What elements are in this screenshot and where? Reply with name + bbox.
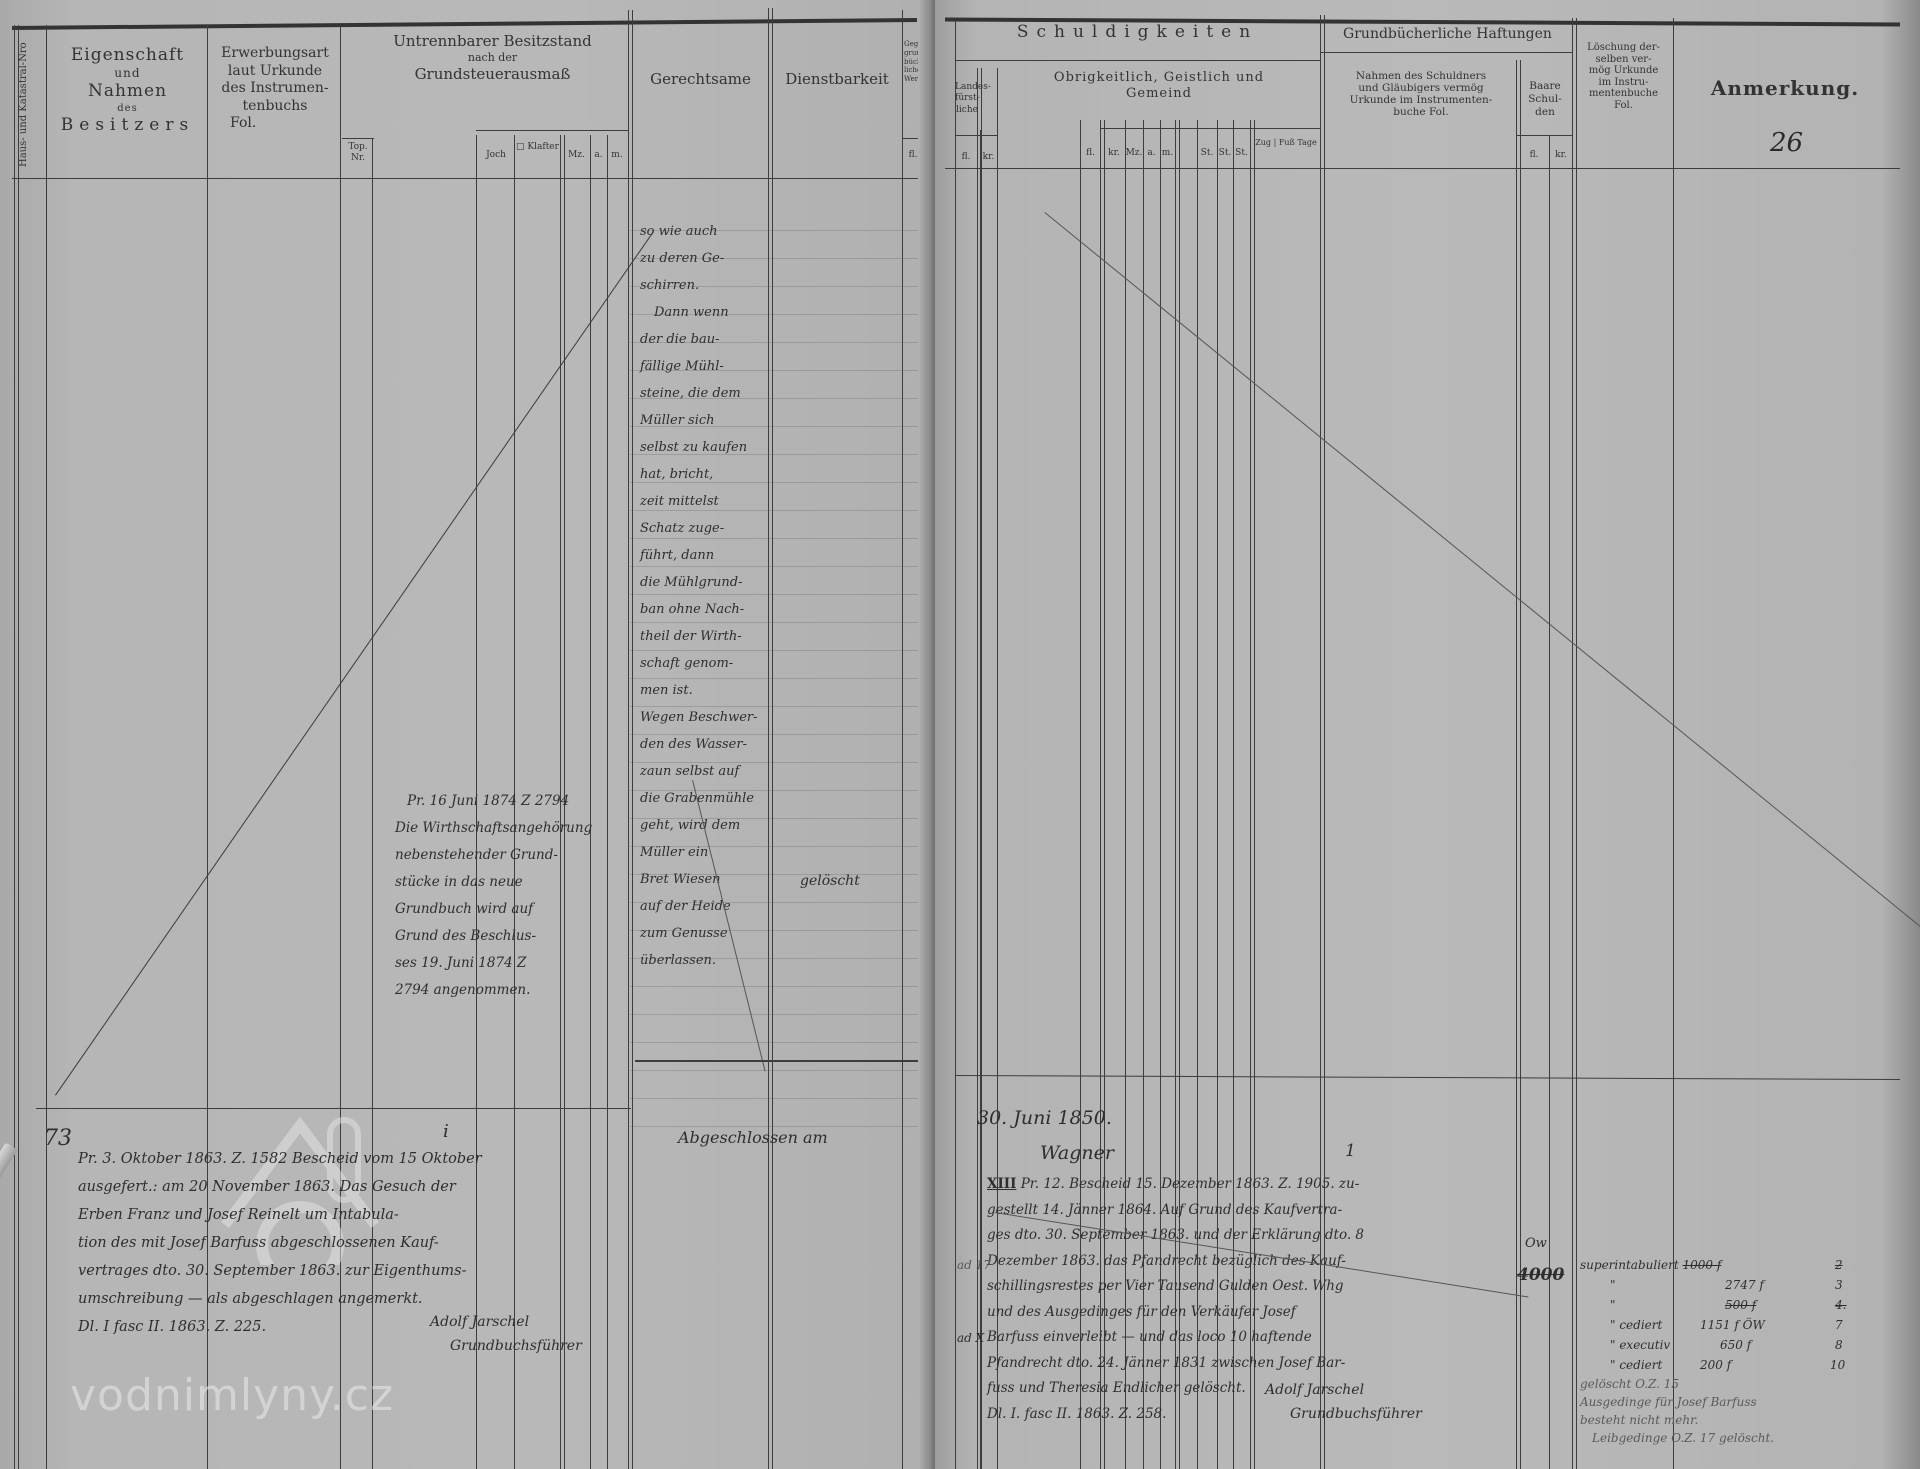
rights-line: zeit mittelst [640,488,770,515]
signature-title: Grundbuchsführer [430,1334,582,1358]
left-page: Haus- und Katastral-Nro Eigenschaft und … [0,0,930,1469]
header-names: Nahmen des Schuldners und Gläubigers ver… [1327,70,1515,118]
rights-line: der die bau- [640,326,770,353]
right-page: Schuldigkeiten Landes- fürst- liche fl. … [935,0,1920,1469]
rights-line: auf der Heide [640,893,770,920]
header-acq-line: tenbuchs [210,98,340,116]
col-line [902,10,903,1469]
remark-label: " cediert [1580,1358,1662,1372]
property-note-line: Grundbuch wird auf [395,896,592,923]
remark-amount: 200 f [1700,1355,1731,1375]
header-obrigkeitlich: Obrigkeitlich, Geistlich und Gemeind [1000,70,1318,103]
header-a: a. [590,150,607,161]
header-servitude: Dienstbarkeit [772,70,902,89]
header-mz: Mz. [563,150,590,161]
property-note-line: Die Wirthschaftsangehörung [395,815,592,842]
rights-line: Wegen Beschwer- [640,704,770,731]
header-names-line: Nahmen des Schuldners [1327,70,1515,82]
section-divider [955,1075,1900,1080]
rights-line: theil der Wirth- [640,623,770,650]
main-entry: Pr. 3. Oktober 1863. Z. 1582 Bescheid vo… [78,1145,482,1341]
header-ob-sub: St. [1233,148,1250,159]
main-entry-line: Pr. 12. Bescheid 15. Dezember 1863. Z. 1… [1021,1176,1360,1192]
header-names-line: und Gläubigers vermög [1327,82,1515,94]
rights-line: hat, bricht, [640,461,770,488]
header-acq-line: des Instrumen- [210,80,340,98]
main-entry-line: schillingsrestes per Vier Tausend Gulden… [987,1274,1364,1300]
signature-name: Adolf Jarschel [1265,1378,1422,1402]
entry-end-line [635,1060,920,1062]
header-bottom-border [12,178,922,179]
sub-header-line [1516,135,1572,136]
header-house-no: Haus- und Katastral-Nro [18,35,42,175]
rights-line: men ist. [640,677,770,704]
remark-ref: 7 [1835,1315,1843,1335]
main-entry-line: ausgefert.: am 20 November 1863. Das Ges… [78,1173,482,1201]
rights-line: Bret Wiesen [640,866,770,893]
header-ob-sub: fl. [1081,148,1100,159]
header-deletion-line: im Instru- [1575,77,1672,89]
rights-line: Müller sich [640,407,770,434]
remark-row: " executiv 650 f 8 [1580,1335,1890,1355]
signature: Adolf Jarschel Grundbuchsführer [430,1310,582,1358]
remark-label: " executiv [1580,1338,1670,1352]
remark-ref: 10 [1830,1355,1845,1375]
header-cash-debts: Baare Schul- den [1519,80,1571,119]
property-note-line: nebenstehender Grund- [395,842,592,869]
remark-label: " [1580,1278,1616,1292]
remark-amount: 2747 f [1725,1275,1764,1295]
remarks-footer-line: besteht nicht mehr. [1580,1411,1890,1429]
header-acq-line: laut Urkunde [210,63,340,81]
property-note-line: stücke in das neue [395,869,592,896]
header-landesfuerstliche: Landes- fürst- liche [955,82,979,116]
col-line [1673,18,1674,1469]
rights-line: zum Genusse [640,920,770,947]
header-ob-sub: a. [1143,148,1160,159]
header-deletion-line: mög Urkunde [1575,65,1672,77]
header-deletion-line: Löschung der- [1575,42,1672,54]
rights-line: führt, dann [640,542,770,569]
ruling [630,1014,920,1015]
header-liabilities: Grundbücherliche Haftungen [1325,26,1570,44]
remark-amount: 650 f [1720,1335,1751,1355]
header-rights: Gerechtsame [633,70,768,89]
remark-label: superintabuliert [1580,1258,1679,1272]
remark-row: " 500 f 4. [1580,1295,1890,1315]
header-ob-line: Gemeind [1000,86,1318,102]
cash-amount: 4000 [1517,1262,1564,1289]
sub-header-line [955,60,1320,61]
header-owner-line: und [50,66,205,81]
rights-line: fällige Mühl- [640,353,770,380]
header-deletion-line: selben ver- [1575,54,1672,66]
rights-line: die Grabenmühle [640,785,770,812]
header-lf-line: liche [955,105,979,116]
col-line [46,25,47,1469]
header-top-border [12,18,917,30]
header-ob-sub-tage: Zug | Fuß Tage [1253,138,1319,148]
rights-line: schaft genom- [640,650,770,677]
remark-row: superintabuliert 1000 f 2 [1580,1255,1890,1275]
remarks-footer-line: gelöscht O.Z. 15 [1580,1375,1890,1393]
col-line [607,135,608,1469]
header-remarks: Anmerkung. [1680,76,1890,101]
roman-numeral: XIII [987,1176,1016,1192]
header-deletion: Löschung der- selben ver- mög Urkunde im… [1575,42,1672,111]
property-note-line: ses 19. Juni 1874 Z [395,950,592,977]
rights-line: Schatz zuge- [640,515,770,542]
header-lf-kr: kr. [980,152,997,163]
header-owner-line: Besitzers [50,115,205,136]
rights-line: den des Wasser- [640,731,770,758]
main-entry-line: Pr. 3. Oktober 1863. Z. 1582 Bescheid vo… [78,1145,482,1173]
header-deletion-line: Fol. [1575,100,1672,112]
signature-title: Grundbuchsführer [1265,1402,1422,1426]
signature: Adolf Jarschel Grundbuchsführer [1265,1378,1422,1426]
rights-line: selbst zu kaufen [640,434,770,461]
rights-line: zu deren Ge- [640,245,770,272]
remark-row: " 2747 f 3 [1580,1275,1890,1295]
col-line [14,25,19,1469]
header-cash-line: Baare [1519,80,1571,93]
rights-line: Dann wenn [640,299,770,326]
header-deletion-line: mentenbuche [1575,88,1672,100]
main-entry-line: vertrages dto. 30. September 1863. zur E… [78,1257,482,1285]
remark-ref: 2 [1835,1255,1843,1275]
ruling [630,986,920,987]
col-line [628,10,633,1469]
main-entry-line: umschreibung — als abgeschlagen angemerk… [78,1285,482,1313]
header-m: m. [607,150,627,161]
col-line [1516,60,1521,1469]
remarks-footer: gelöscht O.Z. 15 Ausgedinge für Josef Ba… [1580,1375,1890,1447]
header-acq-line: Fol. [210,115,340,133]
property-note-line: Pr. 16 Juni 1874 Z 2794 [395,788,592,815]
header-owner: Eigenschaft und Nahmen des Besitzers [50,45,205,136]
header-owner-line: Nahmen [50,81,205,102]
remark-ref: 3 [1835,1275,1843,1295]
rights-line: so wie auch [640,218,770,245]
main-entry-line: tion des mit Josef Barfuss abgeschlossen… [78,1229,482,1257]
header-cash-line: den [1519,106,1571,119]
header-ob-sub: Mz. [1125,148,1143,159]
header-property-line: Untrennbarer Besitzstand [360,32,625,51]
remark-amount: 500 f [1725,1295,1756,1315]
header-ob-sub: St. [1197,148,1217,159]
rights-line: Müller ein [640,839,770,866]
property-note: Pr. 16 Juni 1874 Z 2794 Die Wirthschafts… [395,788,592,1004]
header-joch: Joch [478,150,514,161]
remark-amount: 1000 f [1683,1258,1722,1272]
header-property-line: Grundsteuerausmaß [360,65,625,84]
header-lf-fl: fl. [957,152,975,163]
servitude-note: gelöscht [800,868,860,895]
sub-header-line [955,135,997,136]
signature-name: Adolf Jarschel [430,1310,582,1334]
main-entry-line: Erben Franz und Josef Reinelt um Intabul… [78,1201,482,1229]
rights-line: die Mühlgrund- [640,569,770,596]
margin-note: ad 17 [957,1258,979,1272]
remark-ref: 4. [1835,1295,1846,1315]
rights-line: überlassen. [640,947,770,974]
row-number: 73 [44,1125,72,1152]
entry-index: 1 [1345,1138,1356,1165]
property-note-line: Grund des Beschlus- [395,923,592,950]
ruling [630,1042,920,1043]
closed-note: Abgeschlossen am [678,1124,828,1151]
sub-header-line [1320,52,1572,53]
page-number: 26 [1770,128,1803,158]
date-note: 30. Juni 1850. [977,1105,1112,1132]
header-cash-fl: fl. [1519,150,1549,161]
header-klafter: □ Klafter [515,142,560,153]
header-lf-line: Landes- [955,82,979,93]
header-cash-line: Schul- [1519,93,1571,106]
remarks-footer-line: Ausgedinge für Josef Barfuss [1580,1393,1890,1411]
sub-header-line [476,130,628,131]
rights-line: ban ohne Nach- [640,596,770,623]
remark-amount: 1151 f ÖW [1700,1315,1765,1335]
header-acquisition: Erwerbungsart laut Urkunde des Instrumen… [210,45,340,133]
main-entry-line: Dl. I fasc II. 1863. Z. 225. [78,1313,482,1341]
margin-note: ad X [957,1330,979,1346]
main-entry-line: Barfuss einverleibt — und das loco 10 ha… [987,1325,1364,1351]
remark-label: " [1580,1298,1616,1312]
header-ob-line: Obrigkeitlich, Geistlich und [1000,70,1318,86]
cash-prefix: Ow [1525,1230,1547,1257]
sub-header-line [1100,128,1320,129]
ruling [630,1070,920,1071]
col-line [955,20,956,1469]
header-debts: Schuldigkeiten [960,22,1315,43]
remark-label: " cediert [1580,1318,1662,1332]
header-ob-sub: m. [1160,148,1175,159]
main-entry-line: Pfandrecht dto. 24. Jänner 1831 zwischen… [987,1351,1364,1377]
remark-ref: 8 [1835,1335,1843,1355]
remark-row: " cediert 200 f 10 [1580,1355,1890,1375]
remarks-list: superintabuliert 1000 f 2 " 2747 f 3 " 5… [1580,1255,1890,1447]
header-bottom-border [945,168,1900,169]
signature-top: Wagner [1040,1140,1114,1167]
remarks-footer-line: Leibgedinge O.Z. 17 gelöscht. [1580,1429,1890,1447]
col-line [1572,18,1577,1469]
ruling [630,1098,920,1099]
remark-row: " cediert 1151 f ÖW 7 [1580,1315,1890,1335]
main-entry-line: und des Ausgedinges für den Verkäufer Jo… [987,1300,1364,1326]
header-owner-line: des [50,103,205,116]
header-property: Untrennbarer Besitzstand nach der Grunds… [360,32,625,83]
header-owner-line: Eigenschaft [50,45,205,66]
watermark-text: vodnimlyny.cz [70,1370,394,1421]
header-ob-sub: St. [1217,148,1233,159]
header-acq-line: Erwerbungsart [210,45,340,63]
header-cash-kr: kr. [1550,150,1572,161]
rights-entry: so wie auch zu deren Ge- schirren. Dann … [640,218,770,974]
main-entry-line: ges dto. 30. September 1863. und der Erk… [987,1223,1364,1249]
header-ob-sub: kr. [1103,148,1125,159]
rights-line: schirren. [640,272,770,299]
header-lf-line: fürst- [955,93,979,104]
header-property-line: nach der [360,51,625,65]
header-names-line: buche Fol. [1327,106,1515,118]
entry-index: i [443,1118,449,1145]
rights-line: steine, die dem [640,380,770,407]
rights-line: zaun selbst auf [640,758,770,785]
header-names-line: Urkunde im Instrumenten- [1327,94,1515,106]
property-note-line: 2794 angenommen. [395,977,592,1004]
sub-header-line [342,138,374,139]
header-top-nr: Top. Nr. [343,142,373,165]
